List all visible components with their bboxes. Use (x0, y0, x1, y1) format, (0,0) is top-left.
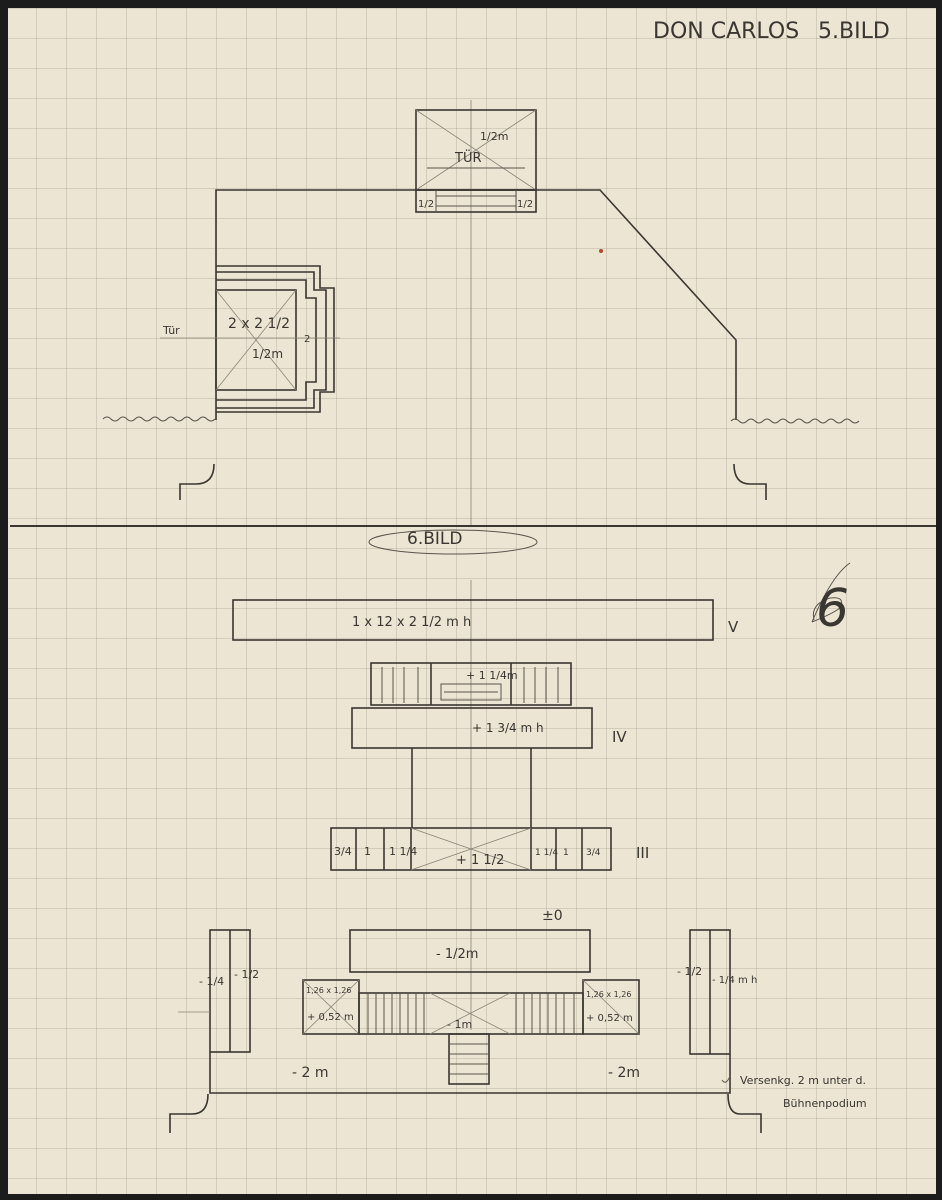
door-top-label: TÜR (454, 149, 482, 166)
platform-IV-roman: IV (612, 728, 627, 746)
proscenium-right-top (734, 464, 766, 500)
platform-IV-top-level: + 1 1/4m (466, 669, 518, 682)
scene6-heading: 6.BILD (407, 529, 462, 549)
page-number: 6 (816, 579, 849, 639)
zero-level-label: ±0 (542, 908, 563, 924)
right-tower-inner-level: - 1/2 (677, 965, 702, 978)
right-box-size: 1,26 x 1,26 (586, 990, 631, 999)
platform-III-roman: III (636, 844, 649, 862)
stage-plan-drawing: DON CARLOS 5.BILD 1/2m TÜR 1/2 1/2 Tür 2… (0, 0, 942, 1200)
title-don-carlos: DON CARLOS (653, 19, 799, 44)
platform-V-dims: 1 x 12 x 2 1/2 m h (352, 615, 471, 630)
door-left-label: Tür (162, 324, 180, 337)
red-dot-mark (599, 249, 603, 253)
left-tower (178, 930, 250, 1052)
right-floor-level: - 2m (608, 1065, 640, 1081)
door-top-side-left: 1/2 (418, 199, 434, 210)
platform-III-center: + 1 1/2 (456, 853, 504, 868)
platform-III-seg-3: 1 1/4 (389, 845, 417, 858)
platform-III-seg-5: 1 1/4 (535, 848, 558, 858)
platform-IV-level: + 1 3/4 m h (472, 721, 544, 735)
door-top-dimension: 1/2m (480, 130, 508, 143)
door-left-height: 1/2m (252, 347, 283, 361)
left-box-size: 1,26 x 1,26 (306, 986, 351, 995)
left-tower-inner-level: - 1/2 (234, 968, 259, 981)
wavy-edge-right (731, 419, 859, 423)
platform-III-seg-6: 1 (563, 848, 569, 858)
right-box-level: + 0,52 m (586, 1013, 633, 1024)
left-tower-outer-level: - 1/4 (199, 975, 224, 988)
wavy-edge-left (103, 417, 215, 421)
trapdoor-note-line2: Bühnenpodium (783, 1097, 867, 1110)
center-block-level: - 1/2m (436, 947, 478, 962)
proscenium-left-bottom (170, 1094, 208, 1133)
left-floor-level: - 2 m (292, 1065, 329, 1081)
scene5-wall-outline (216, 190, 736, 420)
center-pit-level: - 1m (447, 1018, 472, 1031)
right-tower-outer-level: - 1/4 m h (712, 975, 757, 986)
proscenium-right-bottom (728, 1094, 761, 1133)
door-top-side-right: 1/2 (517, 199, 533, 210)
door-left-side-mark: 2 (304, 334, 310, 345)
left-box-level: + 0,52 m (307, 1012, 354, 1023)
scene5-door-left (160, 266, 340, 412)
trapdoor-note-line1: Versenkg. 2 m unter d. (740, 1074, 866, 1087)
proscenium-left-top (180, 464, 214, 500)
platform-III-seg-7: 3/4 (586, 848, 601, 858)
door-left-dimension: 2 x 2 1/2 (228, 316, 290, 332)
right-tower (690, 930, 730, 1054)
front-floor-outline (210, 1052, 730, 1093)
platform-V (233, 600, 713, 640)
platform-III-seg-1: 3/4 (334, 845, 352, 858)
note-tick-mark (722, 1076, 730, 1082)
platform-III-seg-2: 1 (364, 845, 371, 858)
platform-V-roman: V (728, 618, 739, 636)
scene5-label: 5.BILD (818, 19, 890, 44)
